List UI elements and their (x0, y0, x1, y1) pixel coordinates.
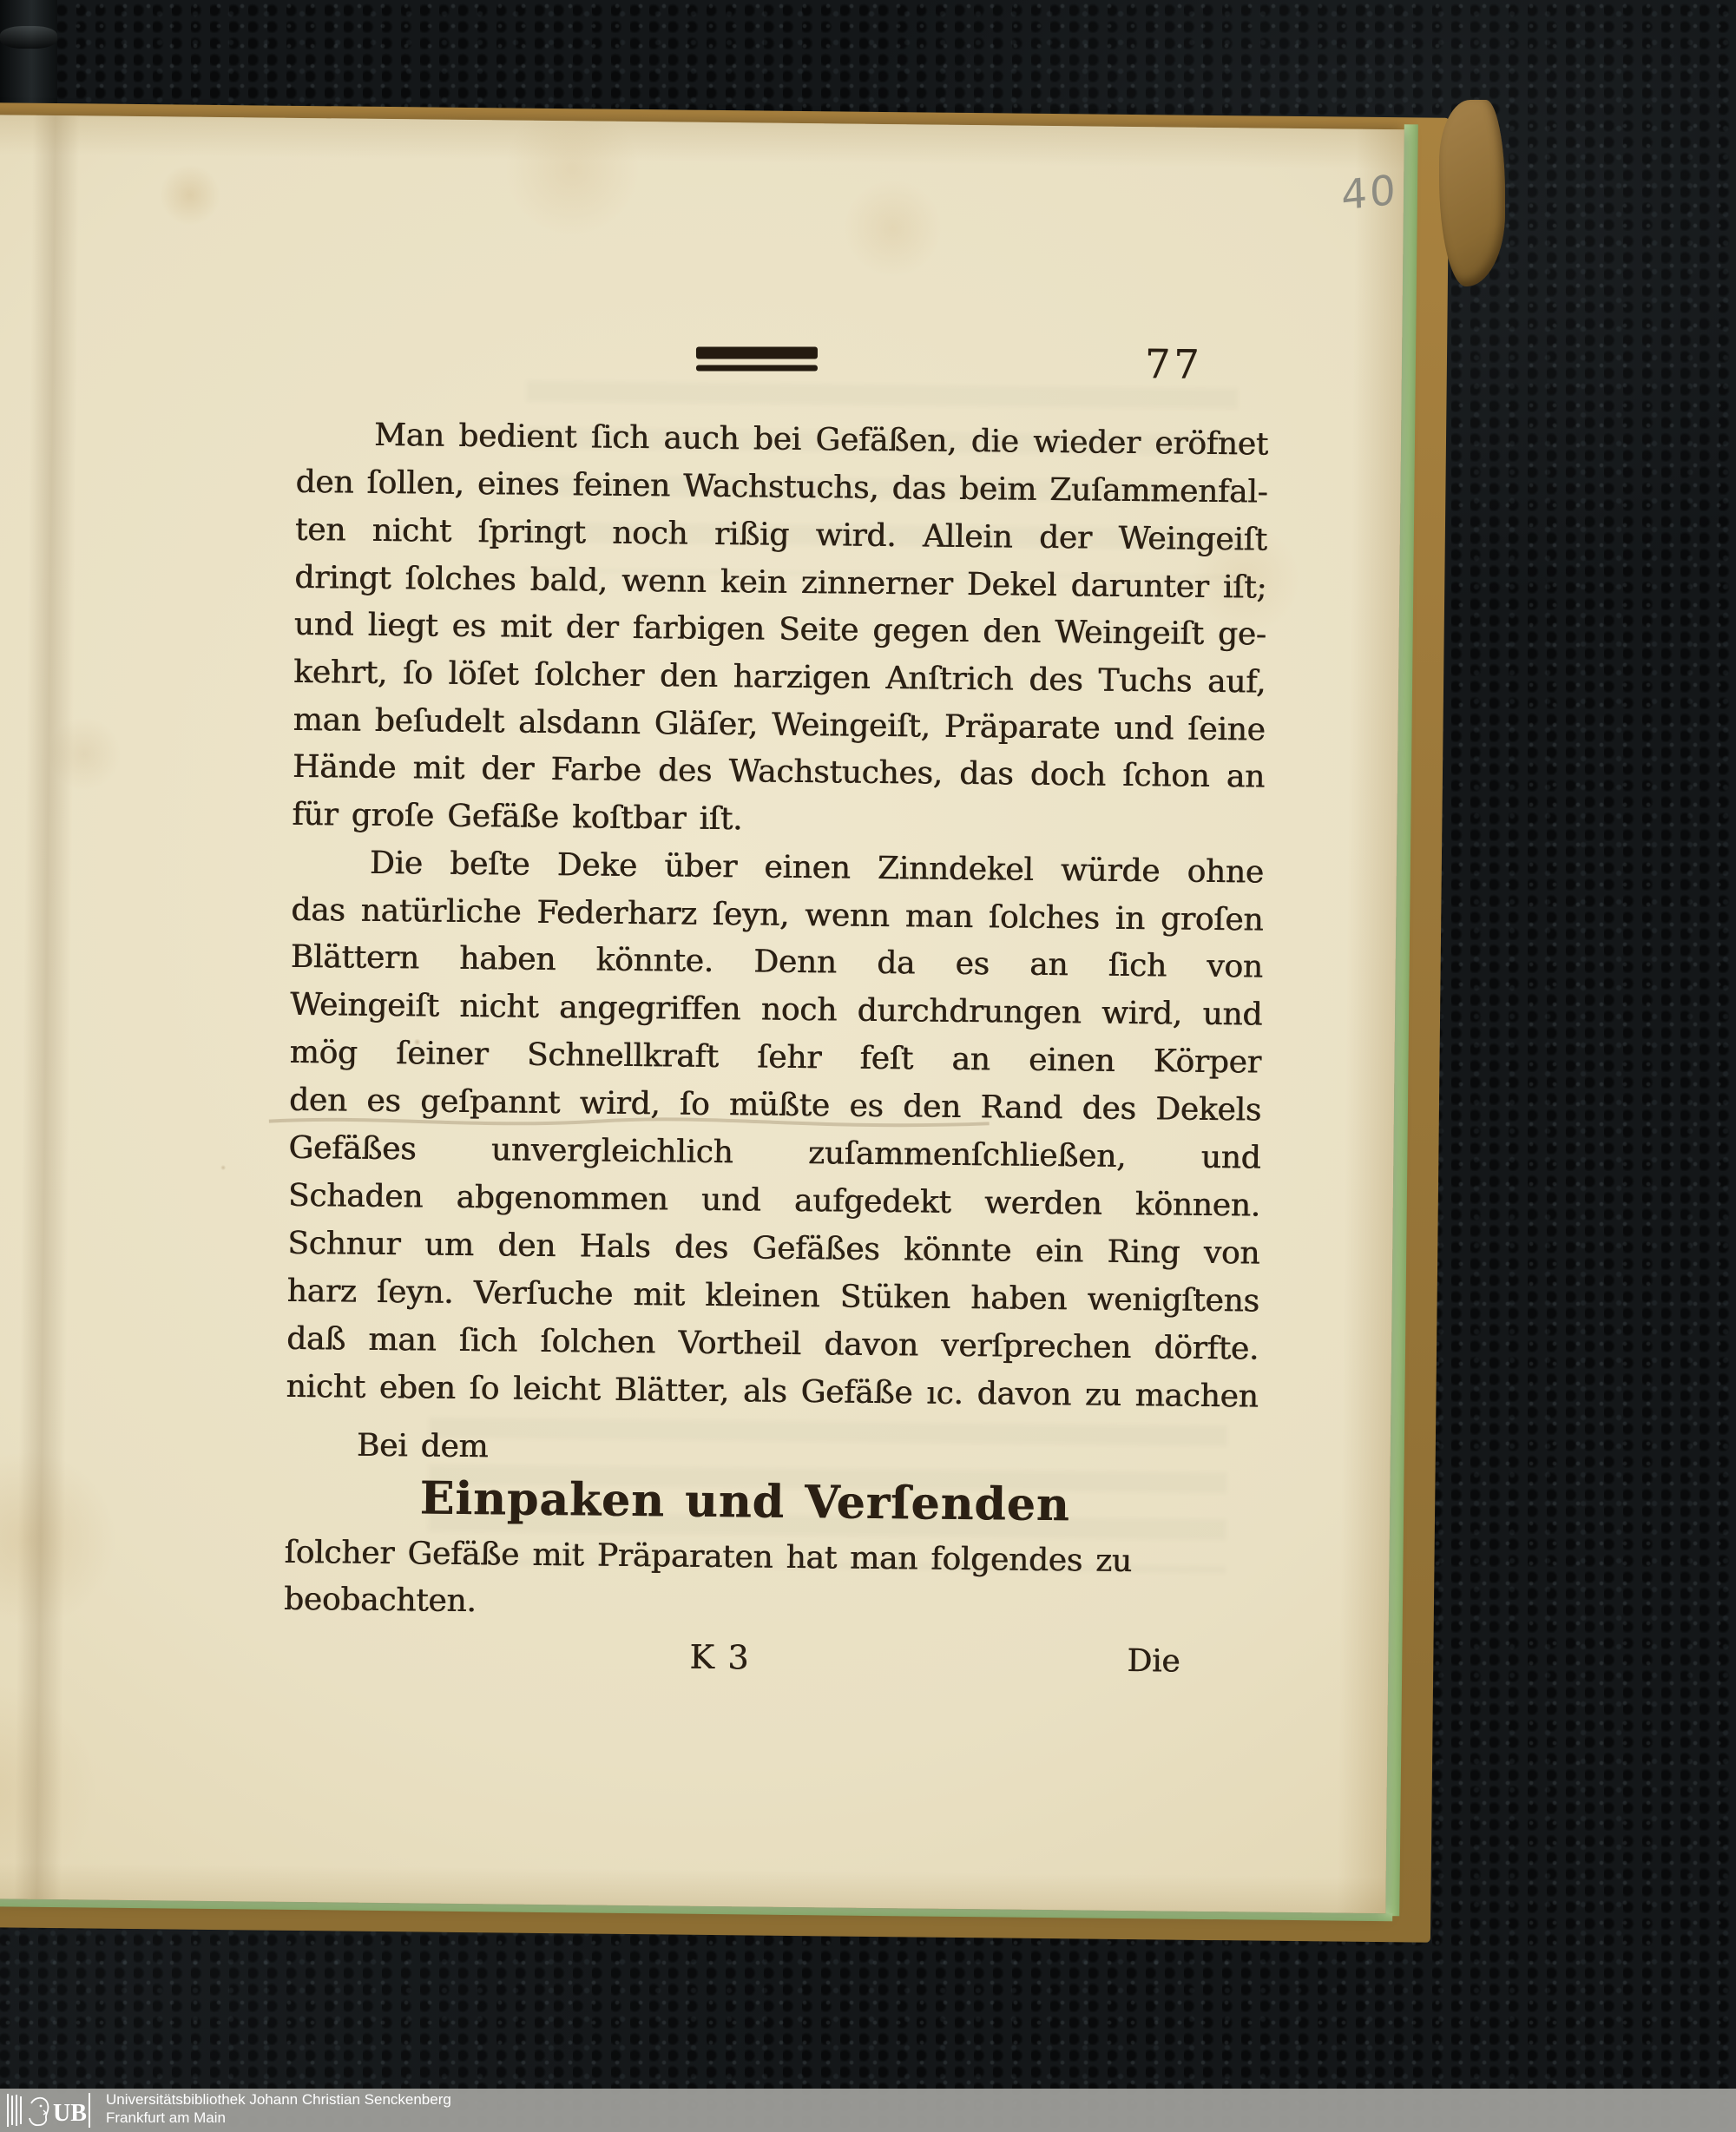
signature-mark: K 3 (233, 1628, 1206, 1687)
body-line: nicht eben ſo leicht Blätter, als Gefäße… (286, 1364, 1259, 1422)
book-page-block: 40 77 Man bedient ſich auch bei Gefäßen,… (0, 102, 1450, 1943)
signature-row: K 3 Die (283, 1629, 1256, 1691)
section-heading: Einpaken und Verſenden (259, 1471, 1232, 1535)
page-number: 77 (1145, 340, 1203, 388)
ub-logo-icon: UB (5, 2091, 92, 2129)
divider-bar-thick (696, 346, 818, 359)
handwritten-folio-number: 40 (1341, 162, 1429, 220)
heading-continuation-line: ſolcher Gefäße mit Präparaten hat man fo… (284, 1530, 1257, 1634)
book-page: 40 77 Man bedient ſich auch bei Gefäßen,… (0, 115, 1404, 1913)
library-attribution: Universitätsbibliothek Johann Christian … (106, 2090, 451, 2127)
section-divider-rule (696, 346, 818, 371)
scan-photo: 40 77 Man bedient ſich auch bei Gefäßen,… (0, 0, 1736, 2132)
catchword: Die (1127, 1637, 1180, 1687)
body-text: Man bedient ſich auch bei Gefäßen, die w… (283, 411, 1268, 1691)
divider-bar-thin (696, 365, 818, 371)
spine-raised-band (0, 26, 57, 49)
lead-in-line: Bei dem (286, 1422, 1259, 1479)
library-footer-bar: UB Universitätsbibliothek Johann Christi… (0, 2089, 1736, 2132)
library-city: Frankfurt am Main (106, 2109, 451, 2127)
ub-logo-text: UB (53, 2100, 87, 2127)
damaged-corner (1439, 100, 1505, 286)
library-name: Universitätsbibliothek Johann Christian … (106, 2090, 451, 2109)
